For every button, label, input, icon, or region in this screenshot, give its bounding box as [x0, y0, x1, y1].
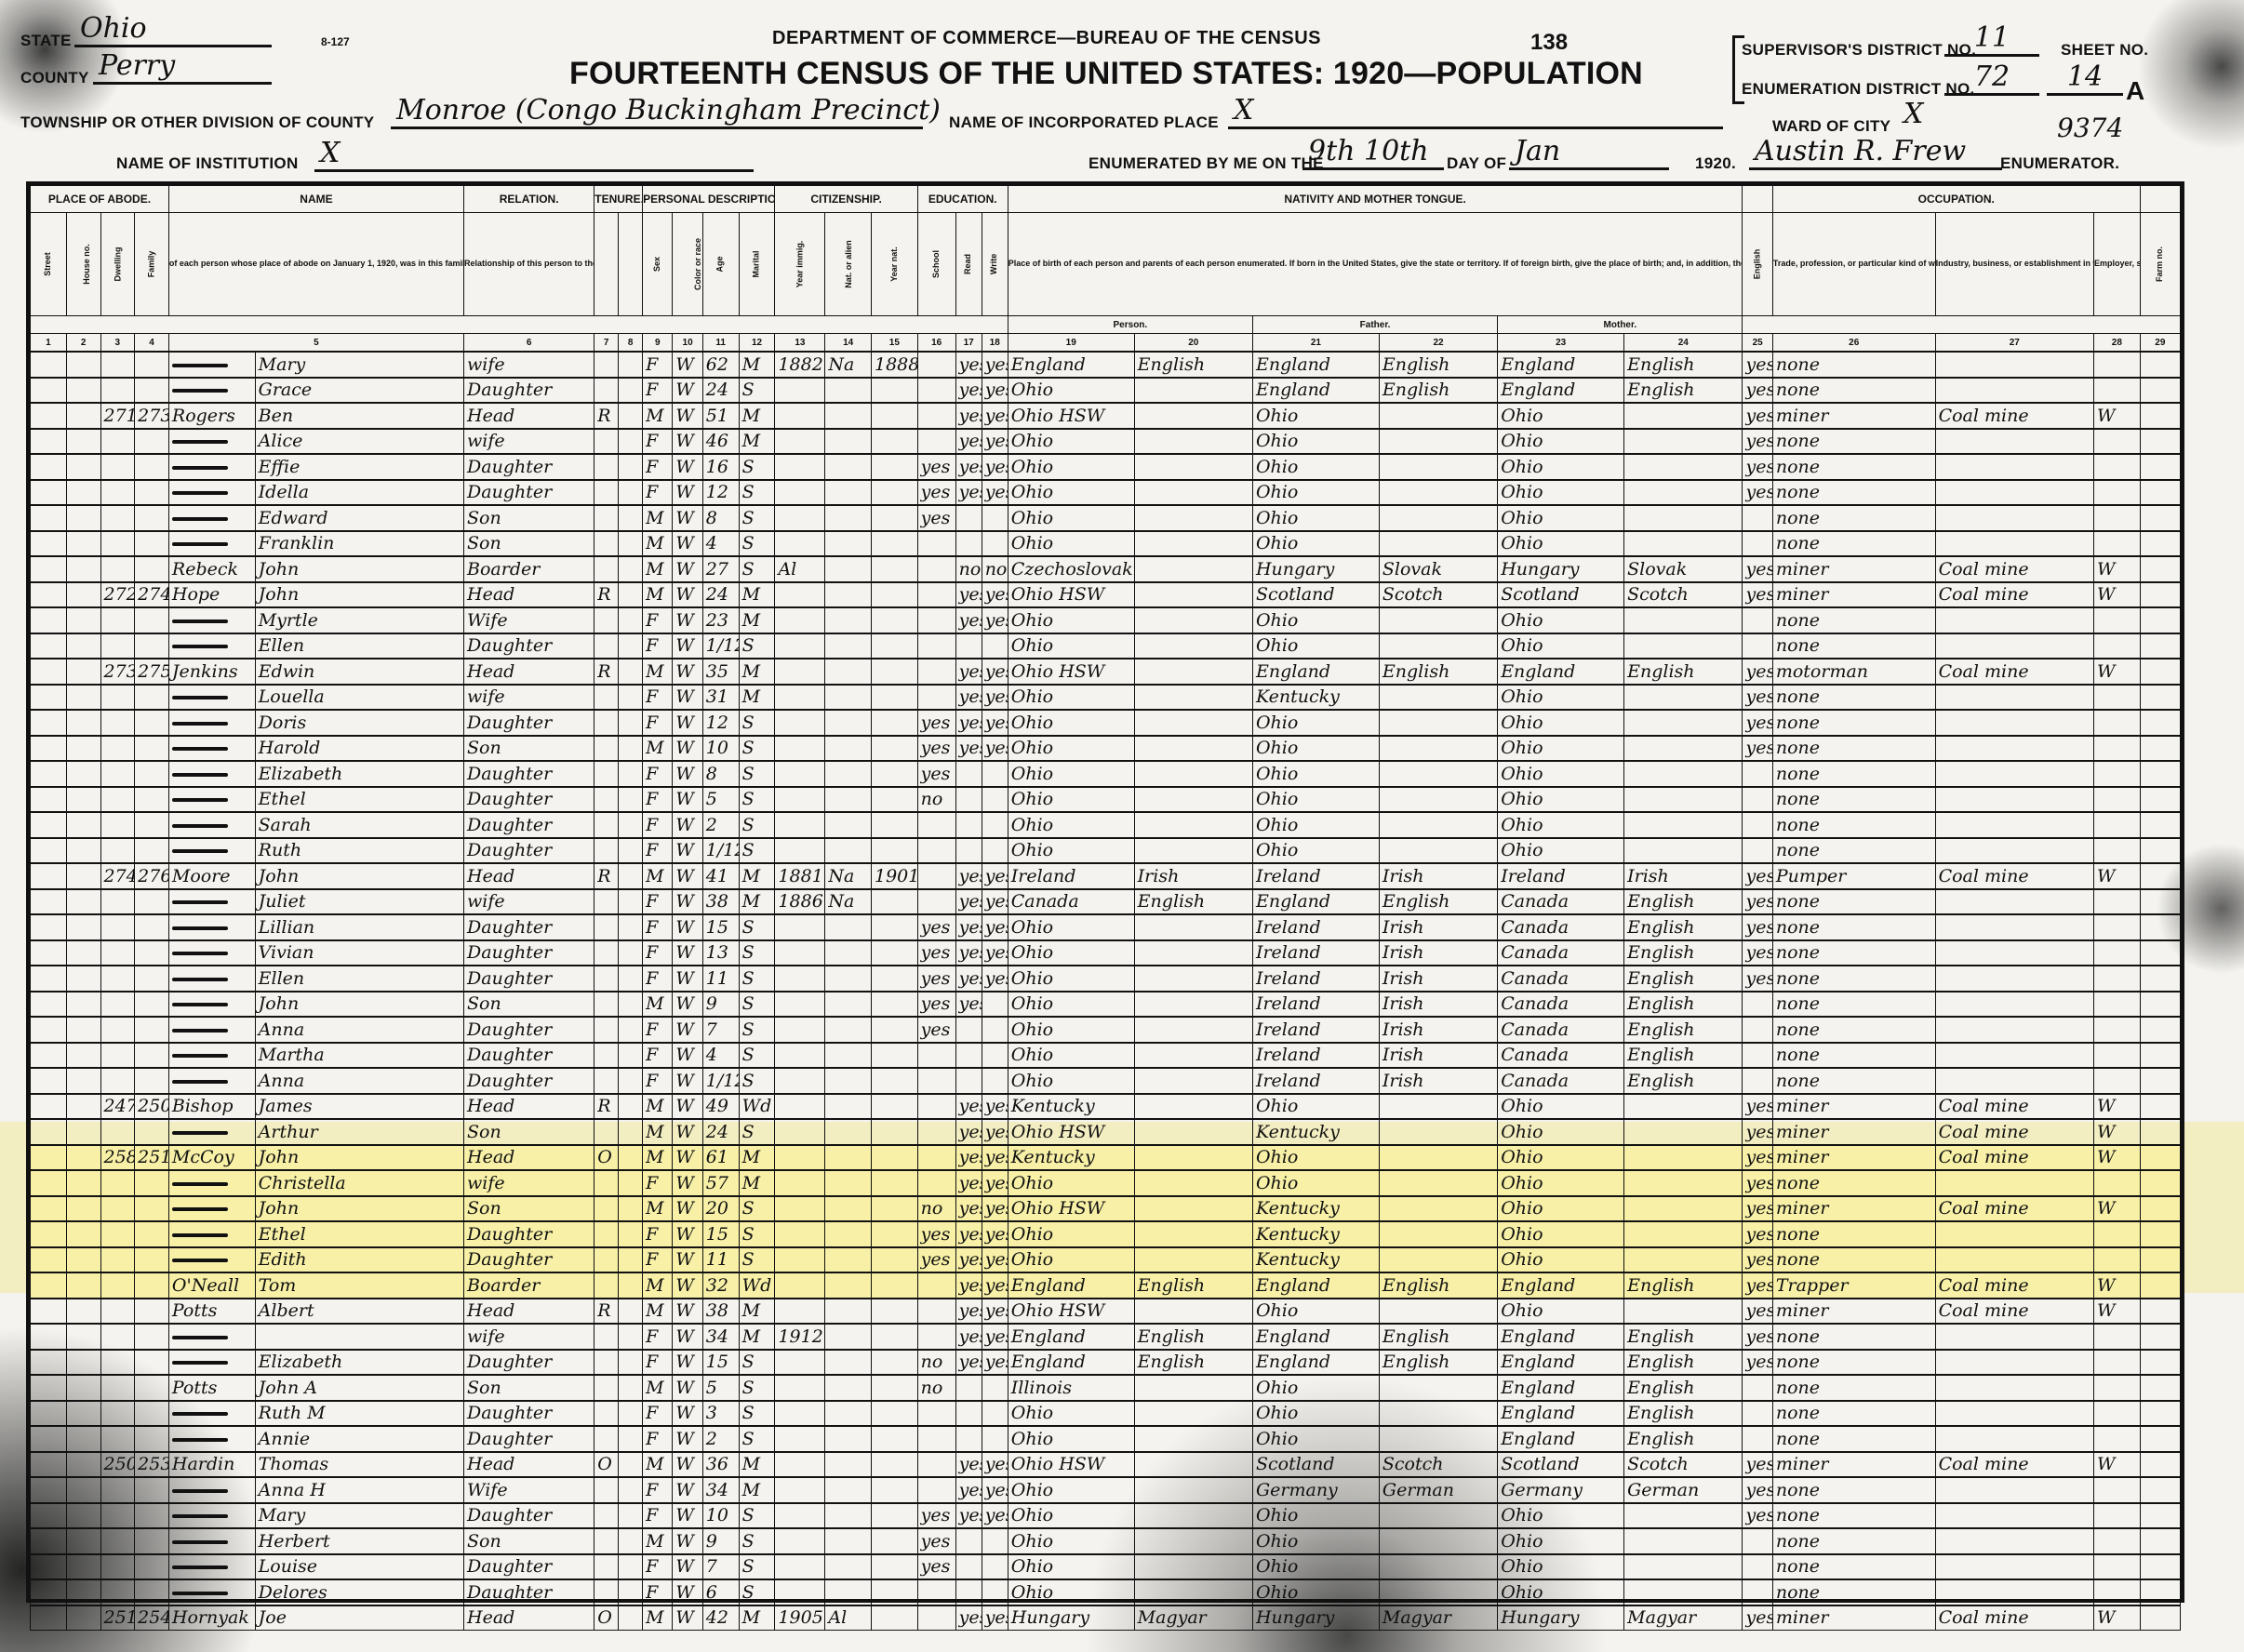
cell-surname [168, 1426, 255, 1452]
cell-naturalization-year [872, 787, 918, 813]
cell-relation: Daughter [464, 1017, 594, 1043]
cell-age: 4 [702, 531, 739, 557]
cell-attended-school: no [917, 1375, 955, 1401]
cell-marital-status: M [739, 1324, 775, 1350]
cell-father-birthplace: Ireland [1252, 1043, 1379, 1069]
cell-industry [1935, 914, 2093, 940]
cell-can-write [982, 1401, 1008, 1427]
cell-mother-tongue [1134, 1017, 1252, 1043]
cell-speaks-english: yes [1743, 1221, 1772, 1247]
cell-worker-class [2094, 1017, 2141, 1043]
cell-birthplace: Ohio [1008, 633, 1134, 659]
cell-birthplace: Ohio [1008, 1043, 1134, 1069]
column-number: 1 [31, 334, 67, 353]
cell-given-name: Anna H [255, 1477, 463, 1503]
cell-sex: F [643, 889, 673, 915]
cell-mother-tongue [1134, 992, 1252, 1018]
cell-street [31, 1452, 67, 1478]
cell-age: 32 [702, 1272, 739, 1299]
cell-mortgage [619, 1017, 643, 1043]
cell-attended-school: yes [917, 736, 955, 762]
cell-relation: wife [464, 685, 594, 711]
cell-mother-birthplace: England [1498, 1324, 1624, 1350]
cell-given-name: Lillian [255, 914, 463, 940]
cell-mother-birthplace: Canada [1498, 1017, 1624, 1043]
cell-marital-status: S [739, 556, 775, 582]
cell-worker-class [2094, 685, 2141, 711]
cell-family-number [135, 1426, 169, 1452]
cell-sex: F [643, 1477, 673, 1503]
cell-birthplace: England [1008, 1272, 1134, 1299]
cell-father-birthplace: Ohio [1252, 838, 1379, 864]
cell-tenure [594, 556, 619, 582]
cell-mortgage [619, 505, 643, 531]
cell-street [31, 1094, 67, 1120]
cell-immigration-year: 1905 [775, 1605, 825, 1631]
cell-surname: Bishop [168, 1094, 255, 1120]
cell-house-number [66, 1299, 100, 1325]
cell-naturalization-year [872, 1196, 918, 1222]
cell-dwelling-number [100, 992, 135, 1018]
cell-can-read: yes [955, 1299, 982, 1325]
cell-family-number: 253 [135, 1452, 169, 1478]
cell-naturalization-status [825, 1554, 872, 1580]
cell-house-number [66, 1017, 100, 1043]
cell-speaks-english [1743, 633, 1772, 659]
cell-race: W [673, 582, 702, 608]
cell-worker-class [2094, 1528, 2141, 1554]
column-number: 19 [1008, 334, 1134, 353]
ditto-mark [172, 517, 228, 521]
cell-race: W [673, 812, 702, 838]
cell-industry [1935, 992, 2093, 1018]
cell-age: 7 [702, 1017, 739, 1043]
cell-age: 31 [702, 685, 739, 711]
column-number: 5 [168, 334, 463, 353]
supervisor-label: Supervisor's District No. [1742, 41, 1976, 60]
cell-can-read [955, 838, 982, 864]
cell-speaks-english: yes [1743, 454, 1772, 480]
cell-mortgage [619, 685, 643, 711]
cell-can-write: yes [982, 1247, 1008, 1273]
cell-speaks-english: yes [1743, 352, 1772, 378]
cell-worker-class [2094, 1350, 2141, 1376]
cell-age: 15 [702, 914, 739, 940]
cell-trade: none [1772, 1503, 1935, 1529]
cell-naturalization-status [825, 1094, 872, 1120]
cell-speaks-english: yes [1743, 940, 1772, 966]
cell-can-read: yes [955, 736, 982, 762]
cell-speaks-english: yes [1743, 1119, 1772, 1145]
cell-naturalization-status [825, 838, 872, 864]
cell-trade: none [1772, 914, 1935, 940]
cell-trade: none [1772, 429, 1935, 455]
table-row: ChristellawifeFW57MyesyesOhioOhioOhioyes… [31, 1170, 2181, 1196]
cell-family-number [135, 1375, 169, 1401]
table-row: AnnaDaughterFW1/12SOhioIrelandIrishCanad… [31, 1068, 2181, 1094]
cell-mother-tongue-of-mother [1624, 761, 1743, 787]
cell-industry [1935, 1017, 2093, 1043]
cell-can-write [982, 1043, 1008, 1069]
cell-immigration-year [775, 531, 825, 557]
cell-naturalization-year [872, 992, 918, 1018]
cell-industry [1935, 1324, 2093, 1350]
cell-street [31, 685, 67, 711]
cell-speaks-english: yes [1743, 1605, 1772, 1631]
cell-tenure: R [594, 582, 619, 608]
cell-mortgage [619, 531, 643, 557]
cell-attended-school [917, 1170, 955, 1196]
cell-street [31, 1221, 67, 1247]
column-number: 16 [917, 334, 955, 353]
cell-dwelling-number: 247 [100, 1094, 135, 1120]
cell-surname [168, 607, 255, 633]
cell-trade: none [1772, 531, 1935, 557]
cell-age: 38 [702, 889, 739, 915]
cell-speaks-english [1743, 1554, 1772, 1580]
cell-marital-status: M [739, 1452, 775, 1478]
cell-can-read: yes [955, 889, 982, 915]
cell-naturalization-status [825, 1375, 872, 1401]
ditto-mark [172, 747, 228, 751]
cell-marital-status: S [739, 838, 775, 864]
cell-mother-birthplace: Canada [1498, 966, 1624, 992]
cell-can-write: yes [982, 1272, 1008, 1299]
table-row: AnnieDaughterFW2SOhioOhioEnglandEnglishn… [31, 1426, 2181, 1452]
cell-worker-class: W [2094, 1119, 2141, 1145]
cell-dwelling-number [100, 633, 135, 659]
cell-trade: none [1772, 1554, 1935, 1580]
cell-race: W [673, 1145, 702, 1171]
cell-surname [168, 1324, 255, 1350]
cell-naturalization-status: Na [825, 889, 872, 915]
group-place-of-abode: Place of Abode. [31, 186, 169, 213]
state-value: Ohio [74, 15, 272, 47]
cell-house-number [66, 1272, 100, 1299]
cell-immigration-year [775, 582, 825, 608]
cell-speaks-english: yes [1743, 1170, 1772, 1196]
cell-street [31, 352, 67, 378]
cell-naturalization-status [825, 480, 872, 506]
cell-mother-tongue-of-mother: Scotch [1624, 1452, 1743, 1478]
cell-worker-class: W [2094, 1299, 2141, 1325]
table-row: 258251McCoyJohnHeadOMW61MyesyesKentuckyO… [31, 1145, 2181, 1171]
cell-house-number [66, 582, 100, 608]
ditto-mark [172, 645, 228, 648]
cell-family-number [135, 992, 169, 1018]
cell-marital-status: S [739, 378, 775, 404]
cell-speaks-english: yes [1743, 556, 1772, 582]
cell-sex: M [643, 1196, 673, 1222]
col-spacer [31, 316, 1008, 334]
cell-can-read: yes [955, 429, 982, 455]
cell-dwelling-number [100, 1528, 135, 1554]
cell-dwelling-number [100, 889, 135, 915]
cell-age: 1/12 [702, 633, 739, 659]
cell-worker-class [2094, 505, 2141, 531]
cell-industry [1935, 1528, 2093, 1554]
ditto-mark [172, 1003, 228, 1006]
cell-race: W [673, 889, 702, 915]
col-name-desc: of each person whose place of abode on J… [168, 213, 463, 316]
cell-birthplace: Ohio [1008, 505, 1134, 531]
cell-can-write [982, 838, 1008, 864]
cell-mother-birthplace: Ohio [1498, 403, 1624, 429]
cell-family-number: 274 [135, 582, 169, 608]
cell-house-number [66, 1324, 100, 1350]
cell-farm-schedule [2140, 992, 2180, 1018]
cell-mortgage [619, 966, 643, 992]
cell-family-number [135, 838, 169, 864]
cell-father-tongue [1379, 1119, 1497, 1145]
cell-mother-birthplace: England [1498, 378, 1624, 404]
cell-relation: Head [464, 403, 594, 429]
cell-street [31, 940, 67, 966]
cell-relation: Wife [464, 1477, 594, 1503]
cell-mother-tongue-of-mother: Slovak [1624, 556, 1743, 582]
cell-immigration-year [775, 607, 825, 633]
cell-worker-class [2094, 838, 2141, 864]
cell-sex: F [643, 454, 673, 480]
cell-surname: Rebeck [168, 556, 255, 582]
cell-naturalization-status [825, 685, 872, 711]
cell-trade: none [1772, 1401, 1935, 1427]
cell-attended-school: yes [917, 992, 955, 1018]
group-education: Education. [917, 186, 1008, 213]
cell-relation: Daughter [464, 1401, 594, 1427]
cell-street [31, 1299, 67, 1325]
cell-mother-birthplace: Ohio [1498, 454, 1624, 480]
cell-house-number [66, 505, 100, 531]
cell-race: W [673, 480, 702, 506]
cell-worker-class [2094, 1554, 2141, 1580]
cell-street [31, 633, 67, 659]
cell-worker-class [2094, 1426, 2141, 1452]
cell-age: 16 [702, 454, 739, 480]
cell-street [31, 1324, 67, 1350]
cell-naturalization-year [872, 685, 918, 711]
cell-mother-birthplace: England [1498, 1272, 1624, 1299]
cell-farm-schedule [2140, 1528, 2180, 1554]
cell-mother-tongue [1134, 1401, 1252, 1427]
column-number: 6 [464, 334, 594, 353]
cell-worker-class: W [2094, 1196, 2141, 1222]
cell-marital-status: S [739, 761, 775, 787]
cell-sex: F [643, 966, 673, 992]
cell-mother-birthplace: England [1498, 659, 1624, 685]
cell-industry [1935, 812, 2093, 838]
cell-family-number [135, 685, 169, 711]
cell-naturalization-status [825, 1401, 872, 1427]
cell-relation: Daughter [464, 1068, 594, 1094]
cell-naturalization-year [872, 1554, 918, 1580]
cell-father-tongue: Irish [1379, 992, 1497, 1018]
cell-attended-school [917, 429, 955, 455]
cell-immigration-year: 1881 [775, 863, 825, 889]
cell-father-tongue: Irish [1379, 940, 1497, 966]
cell-naturalization-year [872, 582, 918, 608]
cell-worker-class: W [2094, 582, 2141, 608]
cell-dwelling-number: 273 [100, 659, 135, 685]
cell-mother-tongue: Magyar [1134, 1605, 1252, 1631]
cell-naturalization-year [872, 1324, 918, 1350]
cell-family-number [135, 1324, 169, 1350]
cell-mother-tongue-of-mother [1624, 1299, 1743, 1325]
cell-attended-school: yes [917, 505, 955, 531]
cell-family-number [135, 607, 169, 633]
cell-age: 36 [702, 1452, 739, 1478]
cell-can-read: yes [955, 1477, 982, 1503]
cell-mother-birthplace: Ohio [1498, 736, 1624, 762]
cell-age: 61 [702, 1145, 739, 1171]
cell-dwelling-number [100, 1554, 135, 1580]
cell-birthplace: England [1008, 1350, 1134, 1376]
cell-speaks-english: yes [1743, 480, 1772, 506]
cell-birthplace: Ohio [1008, 1401, 1134, 1427]
cell-race: W [673, 1299, 702, 1325]
cell-mother-birthplace: Scotland [1498, 1452, 1624, 1478]
cell-mortgage [619, 1145, 643, 1171]
cell-industry [1935, 1401, 2093, 1427]
cell-father-tongue: Irish [1379, 966, 1497, 992]
cell-mother-birthplace: Hungary [1498, 556, 1624, 582]
cell-can-read: yes [955, 685, 982, 711]
cell-trade: none [1772, 787, 1935, 813]
cell-can-read: yes [955, 403, 982, 429]
cell-race: W [673, 1605, 702, 1631]
cell-father-birthplace: Kentucky [1252, 685, 1379, 711]
cell-can-write [982, 992, 1008, 1018]
cell-mother-birthplace: England [1498, 1426, 1624, 1452]
cell-sex: F [643, 1068, 673, 1094]
cell-dwelling-number [100, 1426, 135, 1452]
cell-industry [1935, 940, 2093, 966]
table-row: EthelDaughterFW15SyesyesyesOhioKentuckyO… [31, 1221, 2181, 1247]
cell-surname [168, 889, 255, 915]
cell-given-name: Joe [255, 1605, 463, 1631]
cell-speaks-english: yes [1743, 403, 1772, 429]
cell-immigration-year [775, 914, 825, 940]
cell-farm-schedule [2140, 736, 2180, 762]
cell-can-write [982, 1528, 1008, 1554]
cell-surname [168, 838, 255, 864]
ditto-mark [172, 1438, 228, 1442]
ditto-mark [172, 619, 228, 623]
cell-surname [168, 710, 255, 736]
cell-father-tongue: German [1379, 1477, 1497, 1503]
cell-naturalization-year [872, 1426, 918, 1452]
cell-relation: Daughter [464, 1426, 594, 1452]
cell-father-tongue: English [1379, 1272, 1497, 1299]
cell-mother-tongue [1134, 710, 1252, 736]
cell-industry [1935, 378, 2093, 404]
cell-farm-schedule [2140, 1375, 2180, 1401]
cell-immigration-year [775, 966, 825, 992]
cell-given-name: Mary [255, 1503, 463, 1529]
cell-naturalization-status [825, 505, 872, 531]
cell-immigration-year [775, 480, 825, 506]
cell-sex: M [643, 1272, 673, 1299]
cell-mortgage [619, 1503, 643, 1529]
cell-family-number [135, 480, 169, 506]
cell-family-number [135, 1221, 169, 1247]
cell-sex: F [643, 914, 673, 940]
cell-tenure [594, 429, 619, 455]
cell-can-write: yes [982, 1324, 1008, 1350]
cell-speaks-english [1743, 1426, 1772, 1452]
table-row: Anna HWifeFW34MyesyesOhioGermanyGermanGe… [31, 1477, 2181, 1503]
cell-marital-status: M [739, 1605, 775, 1631]
cell-naturalization-status [825, 1196, 872, 1222]
cell-father-birthplace: England [1252, 1272, 1379, 1299]
cell-age: 2 [702, 812, 739, 838]
cell-immigration-year [775, 378, 825, 404]
cell-surname [168, 992, 255, 1018]
cell-birthplace: Ohio [1008, 454, 1134, 480]
column-number: 4 [135, 334, 169, 353]
table-row: 247250BishopJamesHeadRMW49WdyesyesKentuc… [31, 1094, 2181, 1120]
cell-street [31, 1554, 67, 1580]
cell-relation: Head [464, 659, 594, 685]
cell-family-number [135, 761, 169, 787]
cell-trade: none [1772, 480, 1935, 506]
cell-family-number: 273 [135, 403, 169, 429]
cell-father-birthplace: Ohio [1252, 1299, 1379, 1325]
cell-tenure [594, 1528, 619, 1554]
cell-mother-tongue [1134, 1247, 1252, 1273]
cell-mother-birthplace: England [1498, 1350, 1624, 1376]
cell-mother-tongue-of-mother [1624, 505, 1743, 531]
cell-birthplace: Ohio [1008, 761, 1134, 787]
cell-marital-status: S [739, 1375, 775, 1401]
cell-dwelling-number: 258 [100, 1145, 135, 1171]
cell-house-number [66, 1375, 100, 1401]
cell-can-write [982, 633, 1008, 659]
cell-mother-tongue [1134, 736, 1252, 762]
cell-father-tongue [1379, 403, 1497, 429]
cell-trade: none [1772, 1579, 1935, 1605]
township-label: Township or other division of county [20, 113, 374, 132]
cell-age: 9 [702, 1528, 739, 1554]
cell-given-name: Ethel [255, 1221, 463, 1247]
cell-can-read: yes [955, 607, 982, 633]
cell-family-number [135, 966, 169, 992]
cell-race: W [673, 378, 702, 404]
cell-house-number [66, 480, 100, 506]
cell-marital-status: S [739, 454, 775, 480]
cell-naturalization-status [825, 1272, 872, 1299]
cell-trade: none [1772, 454, 1935, 480]
cell-father-tongue [1379, 1401, 1497, 1427]
cell-speaks-english: yes [1743, 1094, 1772, 1120]
cell-attended-school [917, 556, 955, 582]
cell-surname [168, 787, 255, 813]
cell-given-name: John [255, 556, 463, 582]
cell-marital-status: M [739, 863, 775, 889]
cell-surname [168, 940, 255, 966]
cell-house-number [66, 1579, 100, 1605]
cell-race: W [673, 1401, 702, 1427]
cell-worker-class: W [2094, 556, 2141, 582]
cell-sex: F [643, 1503, 673, 1529]
cell-street [31, 966, 67, 992]
cell-immigration-year [775, 1299, 825, 1325]
cell-worker-class [2094, 914, 2141, 940]
ditto-mark [172, 1565, 228, 1569]
cell-house-number [66, 1452, 100, 1478]
cell-race: W [673, 863, 702, 889]
col-school: School [917, 213, 955, 316]
